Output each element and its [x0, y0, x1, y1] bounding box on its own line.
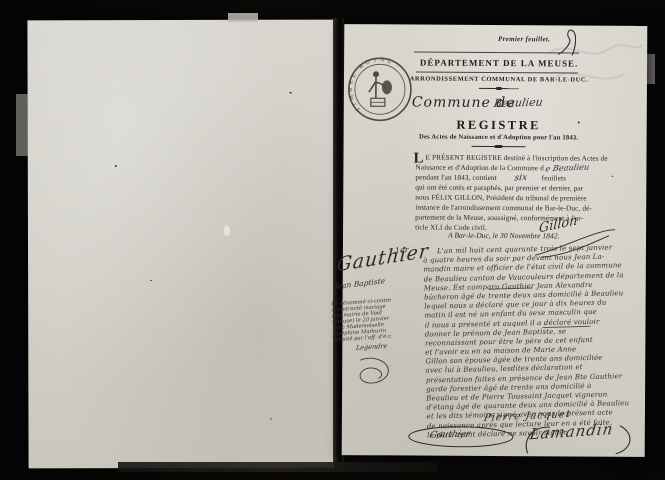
register-title: REGISTRE: [434, 118, 564, 134]
handwritten-feuillets-count: six: [514, 173, 528, 184]
timbre-royal-seal: TIMBRE ROYAL: [345, 54, 415, 124]
certification-text: feuillets: [542, 173, 566, 182]
register-title-page: Premier feuillet. DÉPARTEMENT DE LA MEUS…: [342, 24, 648, 457]
certification-text: pendant l'an 1843, contient: [415, 173, 496, 182]
paper-speck: [270, 418, 271, 420]
paper-speck: [115, 165, 117, 167]
margin-note: Le dénommé ci-contre a contracté mariage…: [331, 295, 430, 351]
father-signature-flourish: [406, 422, 516, 451]
paper-speck: [150, 280, 152, 281]
scan-tab: [228, 13, 258, 22]
archive-scan: Premier feuillet. DÉPARTEMENT DE LA MEUS…: [0, 0, 665, 480]
certification-line: instance de l'arrondissement communal de…: [415, 203, 601, 213]
paper-speck: [611, 176, 613, 177]
certification-line: nous FÉLIX GILLON, Président du tribunal…: [415, 193, 601, 203]
commune-handwritten-name: Beaulieu: [493, 96, 544, 110]
left-blank-page: [27, 20, 334, 469]
folio-label: Premier feuillet.: [462, 35, 550, 44]
mayor-signature-flourish: [520, 419, 640, 460]
scan-tab: [16, 94, 28, 156]
paper-speck: [578, 122, 580, 124]
act-margin-name: Gauthier: [336, 240, 430, 277]
certification-line: Naissance et d'Adoption de la Commune de…: [415, 163, 601, 173]
paper-speck: [290, 92, 292, 94]
paper-scratch: [224, 226, 230, 236]
scan-shadow-bar: [118, 462, 438, 472]
certification-line: qui ont été cotés et paraphés, par premi…: [415, 183, 601, 193]
certification-line: E PRÉSENT REGISTRE destiné à l'inscripti…: [415, 153, 611, 163]
handwritten-commune: e Beaulieu: [545, 162, 590, 173]
printed-ornament: [479, 88, 519, 90]
printed-ornament: [472, 146, 526, 148]
register-subtitle: Des Actes de Naissance et d'Adoption pou…: [399, 133, 599, 141]
certification-text: Naissance et d'Adoption de la Commune d: [415, 163, 543, 173]
act-margin-name2: Jean Baptiste: [334, 276, 385, 291]
margin-paraph-scribble: [354, 354, 394, 388]
ink-showthrough: [544, 33, 644, 104]
